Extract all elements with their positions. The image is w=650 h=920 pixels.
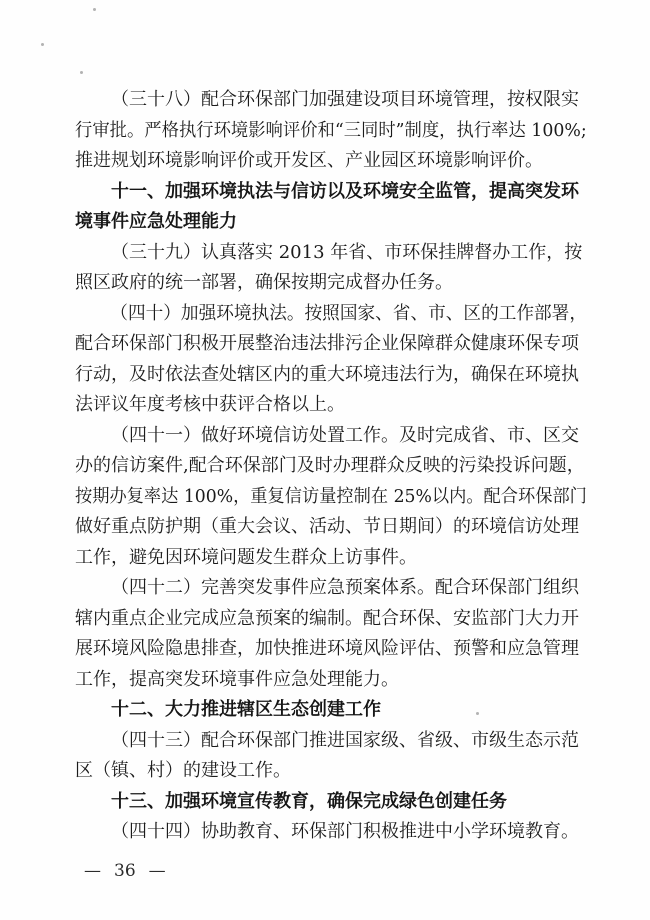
text-line: 配合环保部门积极开展整治违法排污企业保障群众健康环保专项 (75, 329, 587, 360)
text-line: 行动，及时依法查处辖区内的重大环境违法行为，确保在环境执 (75, 360, 587, 391)
text-line: 办的信访案件,配合环保部门及时办理群众反映的污染投诉问题， (75, 451, 587, 482)
heading-line: 十一、加强环境执法与信访以及环境安全监管，提高突发环 (75, 177, 587, 208)
text-line: （四十一）做好环境信访处置工作。及时完成省、市、区交 (75, 421, 587, 452)
page-number-value: 36 (114, 861, 136, 881)
text-line: 工作，提高突发环境事件应急处理能力。 (75, 665, 587, 696)
text-line: （三十九）认真落实 2013 年省、市环保挂牌督办工作，按 (75, 238, 587, 269)
text-line: （四十二）完善突发事件应急预案体系。配合环保部门组织 (75, 573, 587, 604)
heading-line: 境事件应急处理能力 (75, 207, 587, 238)
scan-speck (93, 8, 96, 11)
text-line: 做好重点防护期（重大会议、活动、节日期间）的环境信访处理 (75, 512, 587, 543)
page-number-dash-right: — (149, 861, 166, 881)
text-line: 展环境风险隐患排查，加快推进环境风险评估、预警和应急管理 (75, 634, 587, 665)
text-line: （四十四）协助教育、环保部门积极推进中小学环境教育。 (75, 817, 587, 848)
text-line: （四十）加强环境执法。按照国家、省、市、区的工作部署， (75, 299, 577, 330)
text-line: 推进规划环境影响评价或开发区、产业园区环境影响评价。 (75, 146, 587, 177)
text-line: 辖内重点企业完成应急预案的编制。配合环保、安监部门大力开 (75, 604, 587, 635)
text-line: 区（镇、村）的建设工作。 (75, 756, 587, 787)
heading-line: 十三、加强环境宣传教育，确保完成绿色创建任务 (75, 787, 587, 818)
text-line: 工作，避免因环境问题发生群众上访事件。 (75, 543, 587, 574)
text-line: 照区政府的统一部署，确保按期完成督办任务。 (75, 268, 587, 299)
text-line: 行审批。严格执行环境影响评价和“三同时”制度，执行率达 100%; (75, 116, 568, 147)
scan-speck (80, 71, 83, 74)
document-page: （三十八）配合环保部门加强建设项目环境管理，按权限实行审批。严格执行环境影响评价… (0, 0, 650, 920)
text-line: （四十三）配合环保部门推进国家级、省级、市级生态示范 (75, 726, 587, 757)
heading-line: 十二、大力推进辖区生态创建工作 (75, 695, 587, 726)
document-body: （三十八）配合环保部门加强建设项目环境管理，按权限实行审批。严格执行环境影响评价… (75, 85, 587, 848)
page-number-dash-left: — (84, 861, 101, 881)
text-line: （三十八）配合环保部门加强建设项目环境管理，按权限实 (75, 85, 587, 116)
text-line: 法评议年度考核中获评合格以上。 (75, 390, 587, 421)
page-number: — 36 — (84, 861, 166, 881)
text-line: 按期办复率达 100%，重复信访量控制在 25%以内。配合环保部门 (75, 482, 565, 513)
scan-speck (41, 43, 44, 46)
